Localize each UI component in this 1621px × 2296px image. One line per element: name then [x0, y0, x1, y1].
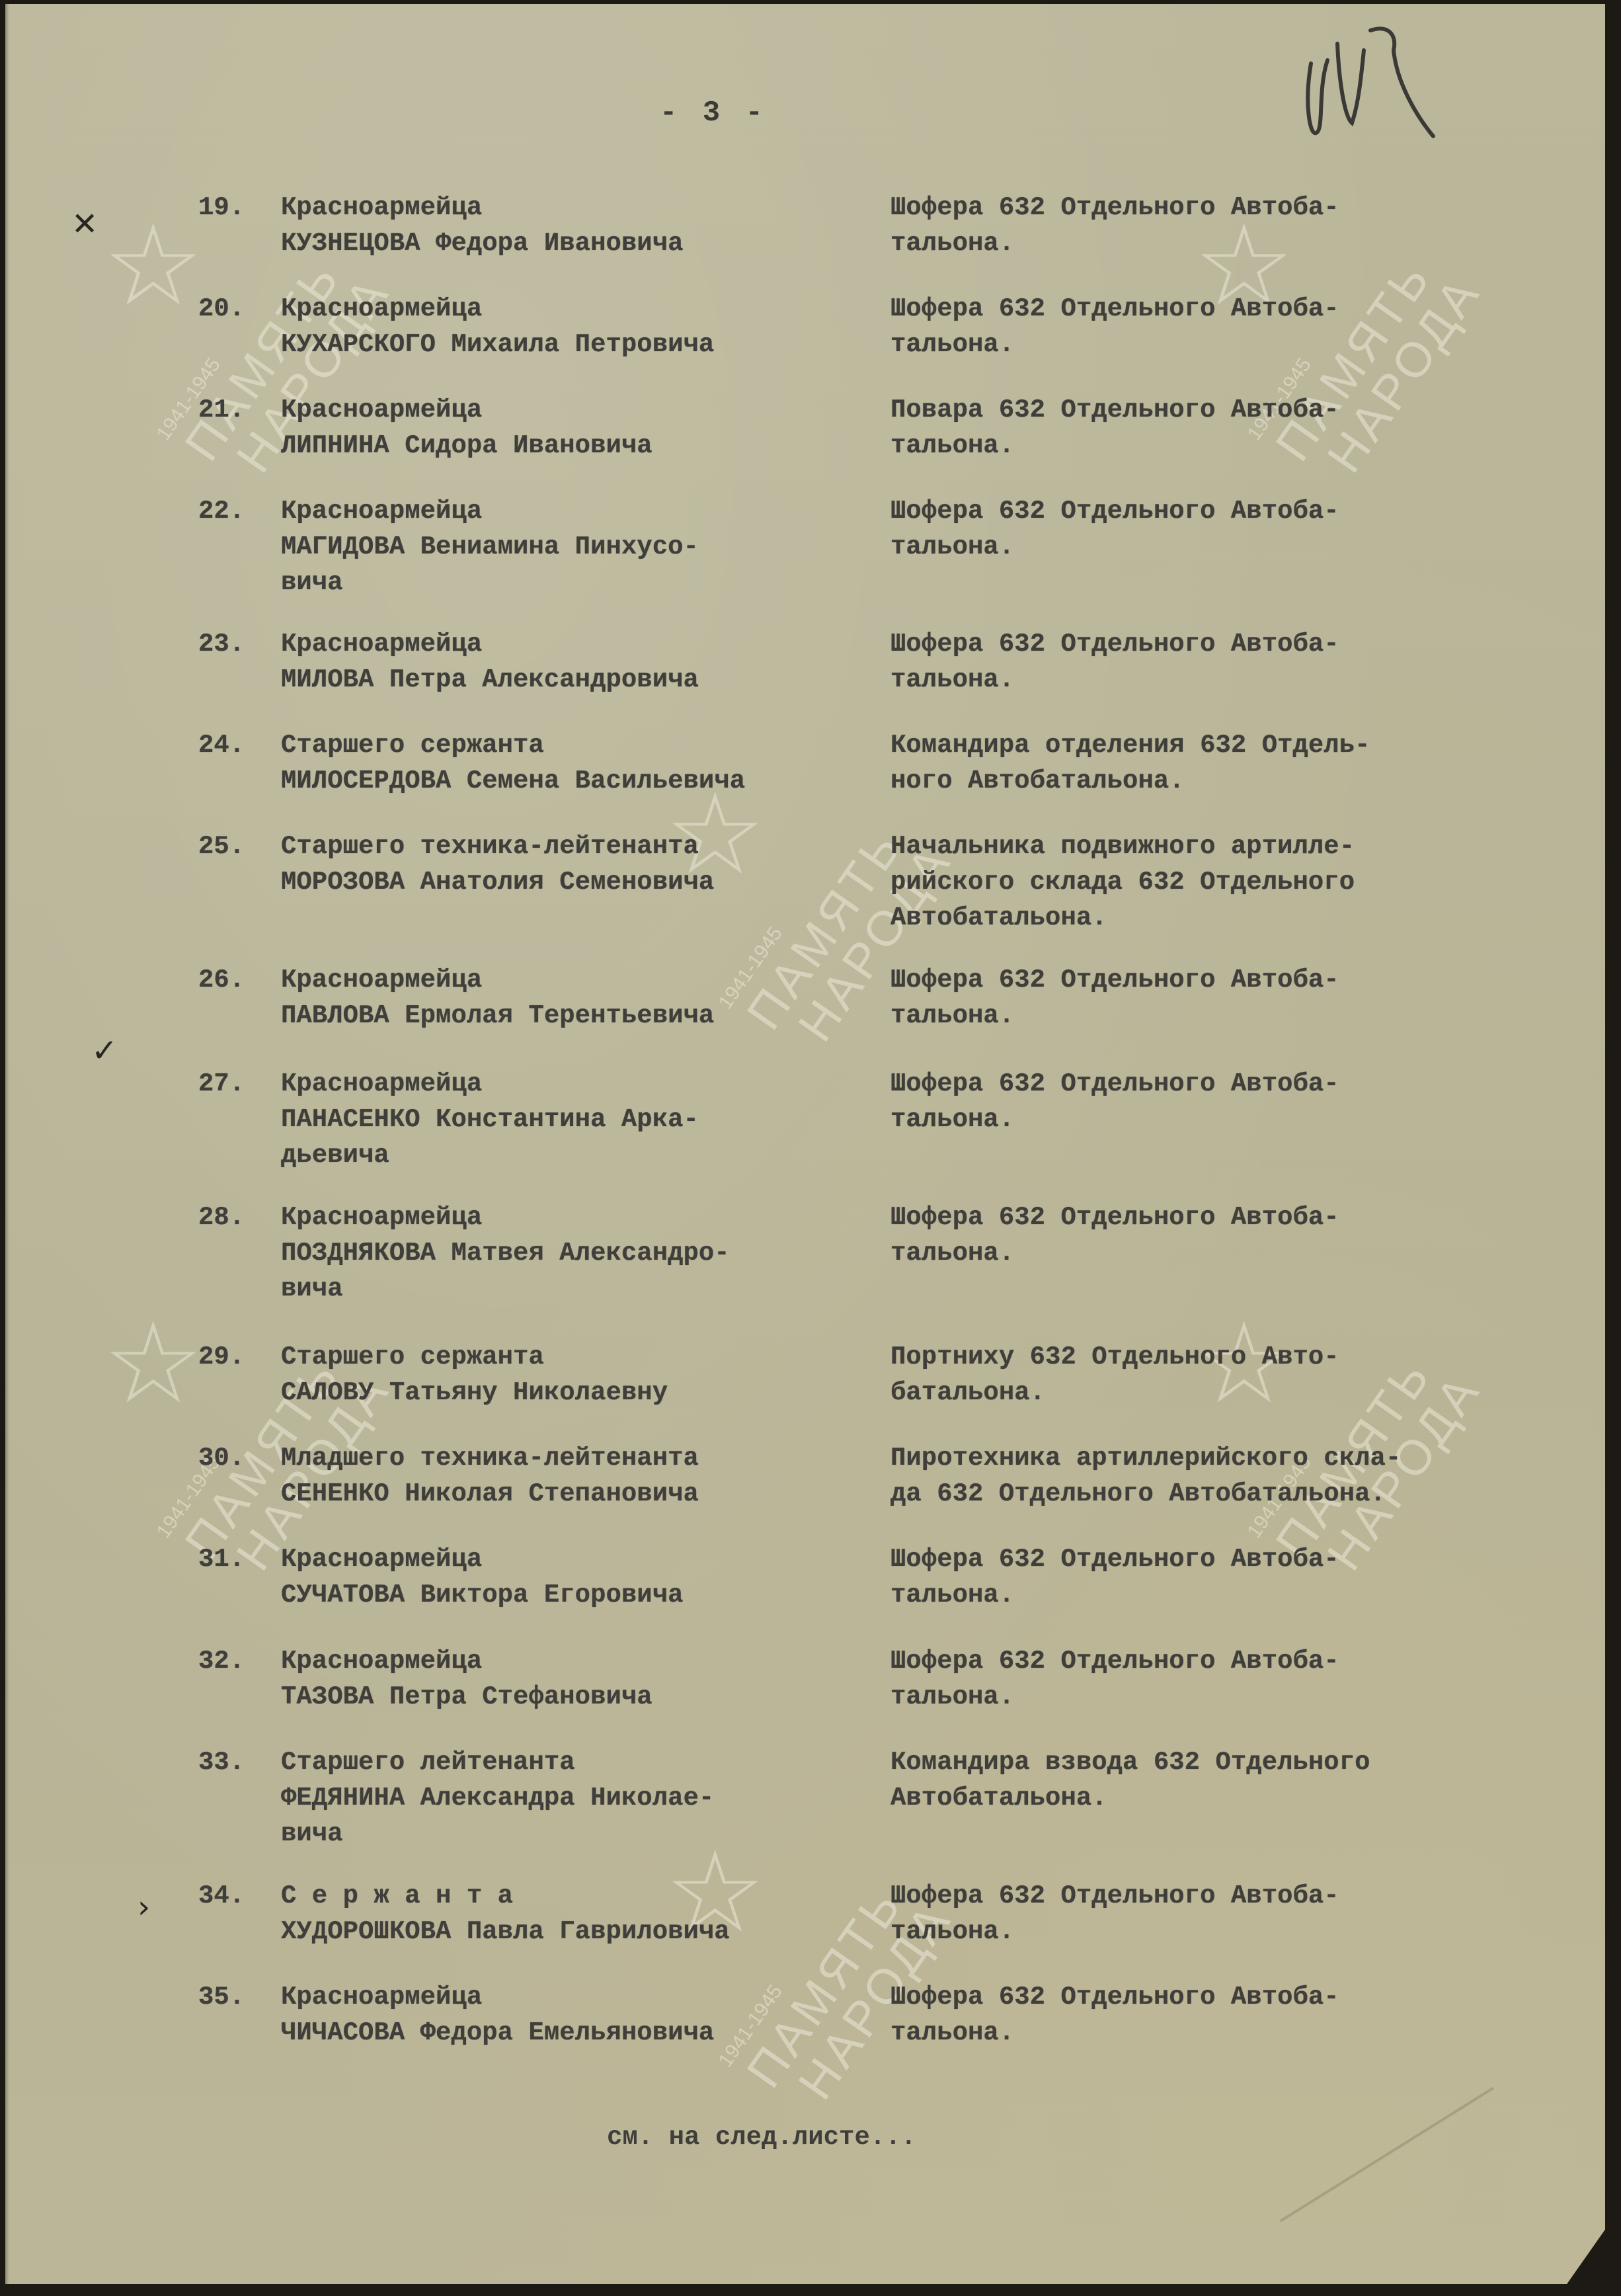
entry-name: МИЛОСЕРДОВА Семена Васильевича — [281, 766, 745, 796]
entry-number: 25. — [198, 829, 271, 864]
entry-position: Шофера 632 Отдельного Автоба- тальона. — [890, 626, 1558, 698]
entry-number: 30. — [198, 1440, 271, 1476]
entry-position: Портниху 632 Отдельного Авто- батальона. — [890, 1339, 1558, 1411]
handwritten-sheet-number: 217 — [1298, 24, 1470, 156]
entry-position: Шофера 632 Отдельного Автоба- тальона. — [890, 1541, 1558, 1613]
entry-rank: Красноармейца — [281, 965, 482, 995]
entry-position: Командира отделения 632 Отдель- ного Авт… — [890, 727, 1558, 799]
entry-number: 19. — [198, 190, 271, 225]
entry-position: Пиротехника артиллерийского скла- да 632… — [890, 1440, 1558, 1512]
entry-position: Повара 632 Отдельного Автоба- тальона. — [890, 392, 1558, 464]
entry-position: Шофера 632 Отдельного Автоба- тальона. — [890, 962, 1558, 1034]
entry-number: 20. — [198, 291, 271, 327]
entry-rank: Красноармейца — [281, 630, 482, 659]
entry-name: МАГИДОВА Вениамина Пинхусо- вича — [281, 532, 699, 597]
entry-rank: Красноармейца — [281, 1203, 482, 1232]
entry-name: СУЧАТОВА Виктора Егоровича — [281, 1580, 684, 1610]
entry-rank: Старшего сержанта — [281, 731, 544, 760]
entry-position: Шофера 632 Отдельного Автоба- тальона. — [890, 1066, 1558, 1137]
entry-number: 29. — [198, 1339, 271, 1375]
entry-position: Командира взвода 632 Отдельного Автобата… — [890, 1744, 1558, 1816]
entry-name: ЧИЧАСОВА Федора Емельяновича — [281, 2018, 714, 2047]
entry-rank: Красноармейца — [281, 1983, 482, 2012]
margin-mark: ✕ — [71, 206, 98, 243]
entry-number: 31. — [198, 1541, 271, 1577]
entry-position: Шофера 632 Отдельного Автоба- тальона. — [890, 1643, 1558, 1715]
entry-position: Шофера 632 Отдельного Автоба- тальона. — [890, 190, 1558, 261]
entry-name: МОРОЗОВА Анатолия Семеновича — [281, 868, 714, 897]
entry-position: Шофера 632 Отдельного Автоба- тальона. — [890, 291, 1558, 362]
entry-position: Шофера 632 Отдельного Автоба- тальона. — [890, 1200, 1558, 1271]
entry-position: Шофера 632 Отдельного Автоба- тальона. — [890, 1878, 1558, 1949]
entry-number: 23. — [198, 626, 271, 662]
entry-position: Шофера 632 Отдельного Автоба- тальона. — [890, 493, 1558, 565]
entry-number: 34. — [198, 1878, 271, 1914]
entry-rank: Красноармейца — [281, 1545, 482, 1574]
entry-rank: Старшего техника-лейтенанта — [281, 832, 699, 861]
entry-number: 27. — [198, 1066, 271, 1102]
margin-mark: › — [138, 1889, 150, 1926]
entry-rank: Старшего лейтенанта — [281, 1748, 575, 1777]
entry-name: ПАНАСЕНКО Константина Арка- дьевича — [281, 1105, 699, 1170]
star-icon: ☆ — [103, 1307, 204, 1420]
entry-name: ЛИПНИНА Сидора Ивановича — [281, 431, 652, 460]
fold-crease — [1280, 2087, 1494, 2223]
entry-number: 24. — [198, 727, 271, 763]
entry-number: 32. — [198, 1643, 271, 1679]
page-edge — [5, 4, 9, 2284]
entry-name: ФЕДЯНИНА Александра Николае- вича — [281, 1783, 714, 1848]
entry-number: 35. — [198, 1979, 271, 2015]
entry-rank: Красноармейца — [281, 497, 482, 526]
entry-rank: С е р ж а н т а — [281, 1881, 513, 1910]
margin-mark: ✓ — [91, 1032, 118, 1069]
entry-number: 26. — [198, 962, 271, 998]
entry-position: Шофера 632 Отдельного Автоба- тальона. — [890, 1979, 1558, 2051]
entry-name: САЛОВУ Татьяну Николаевну — [281, 1378, 668, 1407]
entry-rank: Младшего техника-лейтенанта — [281, 1444, 699, 1473]
entry-rank: Красноармейца — [281, 193, 482, 222]
entry-number: 28. — [198, 1200, 271, 1235]
entry-number: 22. — [198, 493, 271, 529]
entry-name: ПОЗДНЯКОВА Матвея Александро- вича — [281, 1239, 730, 1303]
entry-rank: Старшего сержанта — [281, 1342, 544, 1372]
entry-rank: Красноармейца — [281, 1069, 482, 1098]
star-icon: ☆ — [103, 210, 204, 322]
entry-rank: Красноармейца — [281, 294, 482, 323]
entry-name: МИЛОВА Петра Александровича — [281, 665, 699, 694]
entry-rank: Красноармейца — [281, 395, 482, 425]
entry-name: СЕНЕНКО Николая Степановича — [281, 1479, 699, 1508]
entry-rank: Красноармейца — [281, 1647, 482, 1676]
page-number: - 3 - — [660, 97, 767, 130]
entry-name: ХУДОРОШКОВА Павла Гавриловича — [281, 1917, 730, 1946]
continued-note: см. на след.листе... — [607, 2123, 916, 2152]
entry-number: 21. — [198, 392, 271, 428]
entry-name: ПАВЛОВА Ермолая Терентьевича — [281, 1001, 714, 1030]
entry-name: КУЗНЕЦОВА Федора Ивановича — [281, 229, 684, 258]
entry-number: 33. — [198, 1744, 271, 1780]
entry-name: КУХАРСКОГО Михаила Петровича — [281, 330, 714, 359]
entry-position: Начальника подвижного артилле- рийского … — [890, 829, 1558, 936]
entry-name: ТАЗОВА Петра Стефановича — [281, 1682, 652, 1711]
